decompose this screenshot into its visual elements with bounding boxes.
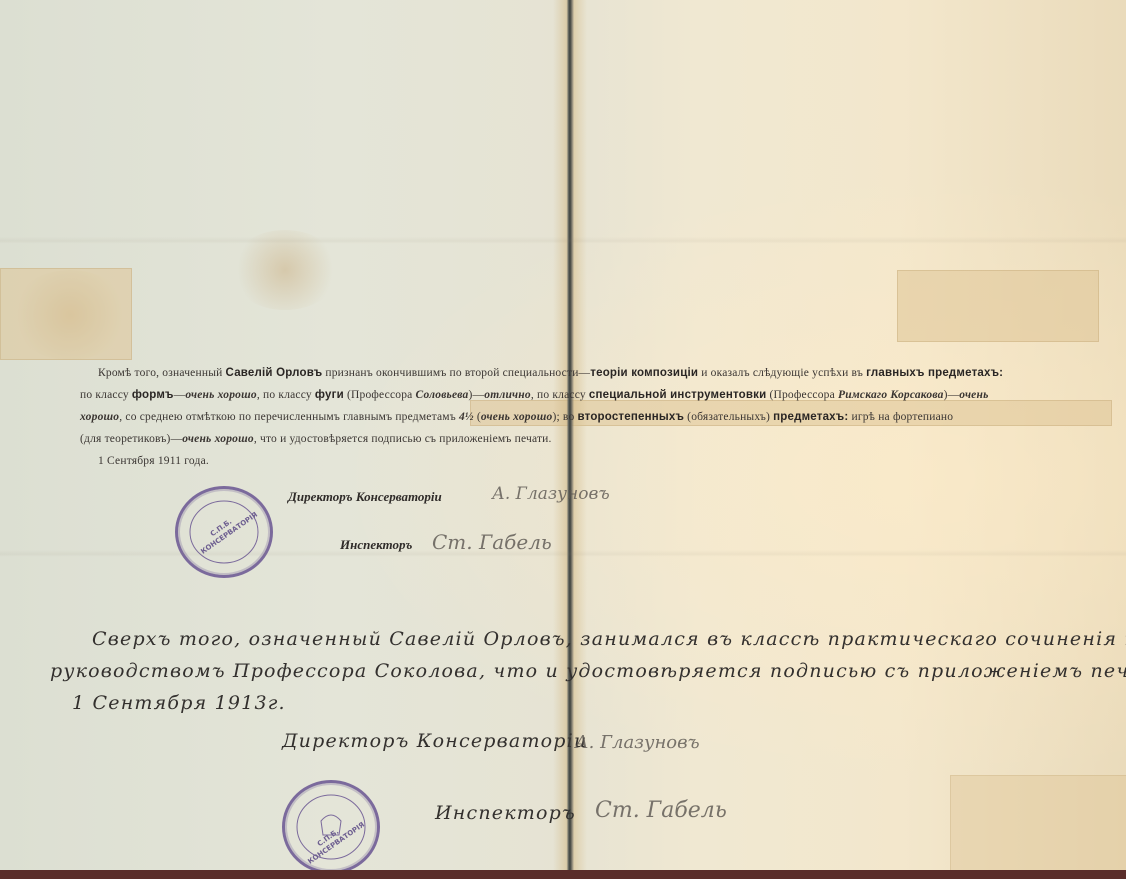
document-sheet: Кромѣ того, означенный Савелій Орловъ пр… xyxy=(0,0,1126,870)
printed-inspector-label: Инспекторъ xyxy=(340,537,412,553)
printed-line-1: Кромѣ того, означенный Савелій Орловъ пр… xyxy=(80,362,1100,384)
handwritten-inspector-signature: Ст. Габель xyxy=(595,798,727,823)
handwritten-director-signature: А. Глазуновъ xyxy=(575,732,700,753)
handwritten-director-label: Директоръ Консерваторіи xyxy=(282,730,587,752)
stain xyxy=(230,230,340,310)
conservatory-stamp: С.П.Б. КОНСЕРВАТОРІЯ xyxy=(175,486,273,578)
handwritten-date: 1 Сентября 1913г. xyxy=(72,692,286,714)
printed-inspector-signature: Ст. Габель xyxy=(432,530,552,554)
tape-strip xyxy=(0,268,132,360)
printed-section: Кромѣ того, означенный Савелій Орловъ пр… xyxy=(80,362,1100,472)
printed-line-4: (для теоретиковъ)—очень хорошо, что и уд… xyxy=(80,428,1100,450)
printed-director-signature: А. Глазуновъ xyxy=(492,484,610,504)
handwritten-line-2: руководствомъ Профессора Соколова, что и… xyxy=(50,660,1126,682)
printed-line-2: по классу формъ—очень хорошо, по классу … xyxy=(80,384,1100,406)
handwritten-line-1: Сверхъ того, означенный Савелій Орловъ, … xyxy=(92,628,1126,650)
tape-strip xyxy=(950,775,1126,870)
conservatory-stamp: С.П.Б. КОНСЕРВАТОРІЯ xyxy=(282,780,380,870)
printed-director-label: Директоръ Консерваторіи xyxy=(288,489,442,505)
handwritten-inspector-label: Инспекторъ xyxy=(435,802,576,824)
printed-date: 1 Сентября 1911 года. xyxy=(80,450,1100,472)
tape-strip xyxy=(897,270,1099,342)
printed-line-3: хорошо, со среднею отмѣткою по перечисле… xyxy=(80,406,1100,428)
